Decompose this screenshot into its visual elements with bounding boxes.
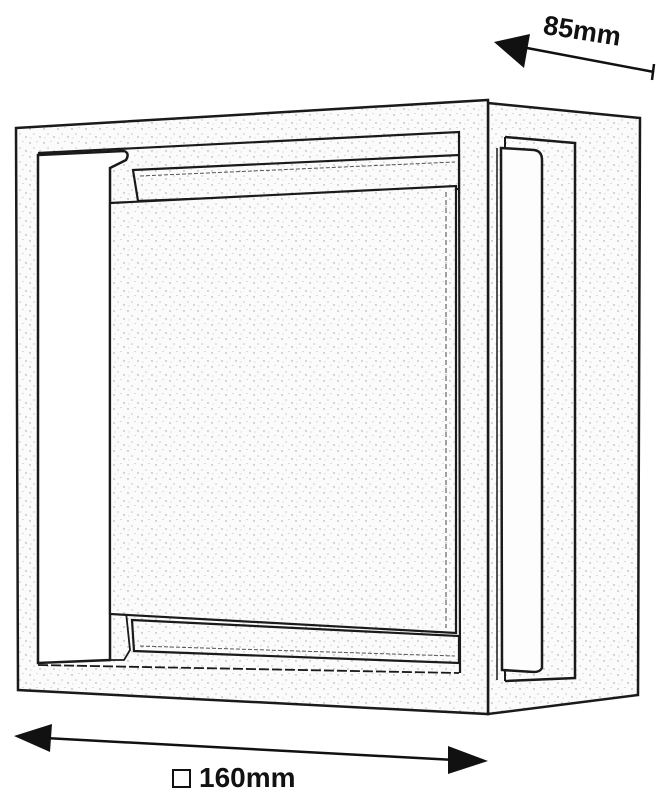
front-face: [16, 100, 488, 714]
square-symbol-icon: [172, 769, 191, 788]
diffuser-panel: [110, 186, 456, 633]
product-line-drawing: [0, 0, 668, 808]
side-face: [488, 103, 640, 714]
width-dimension-label: 160mm: [172, 762, 296, 794]
width-dimension-value: 160mm: [199, 762, 296, 794]
